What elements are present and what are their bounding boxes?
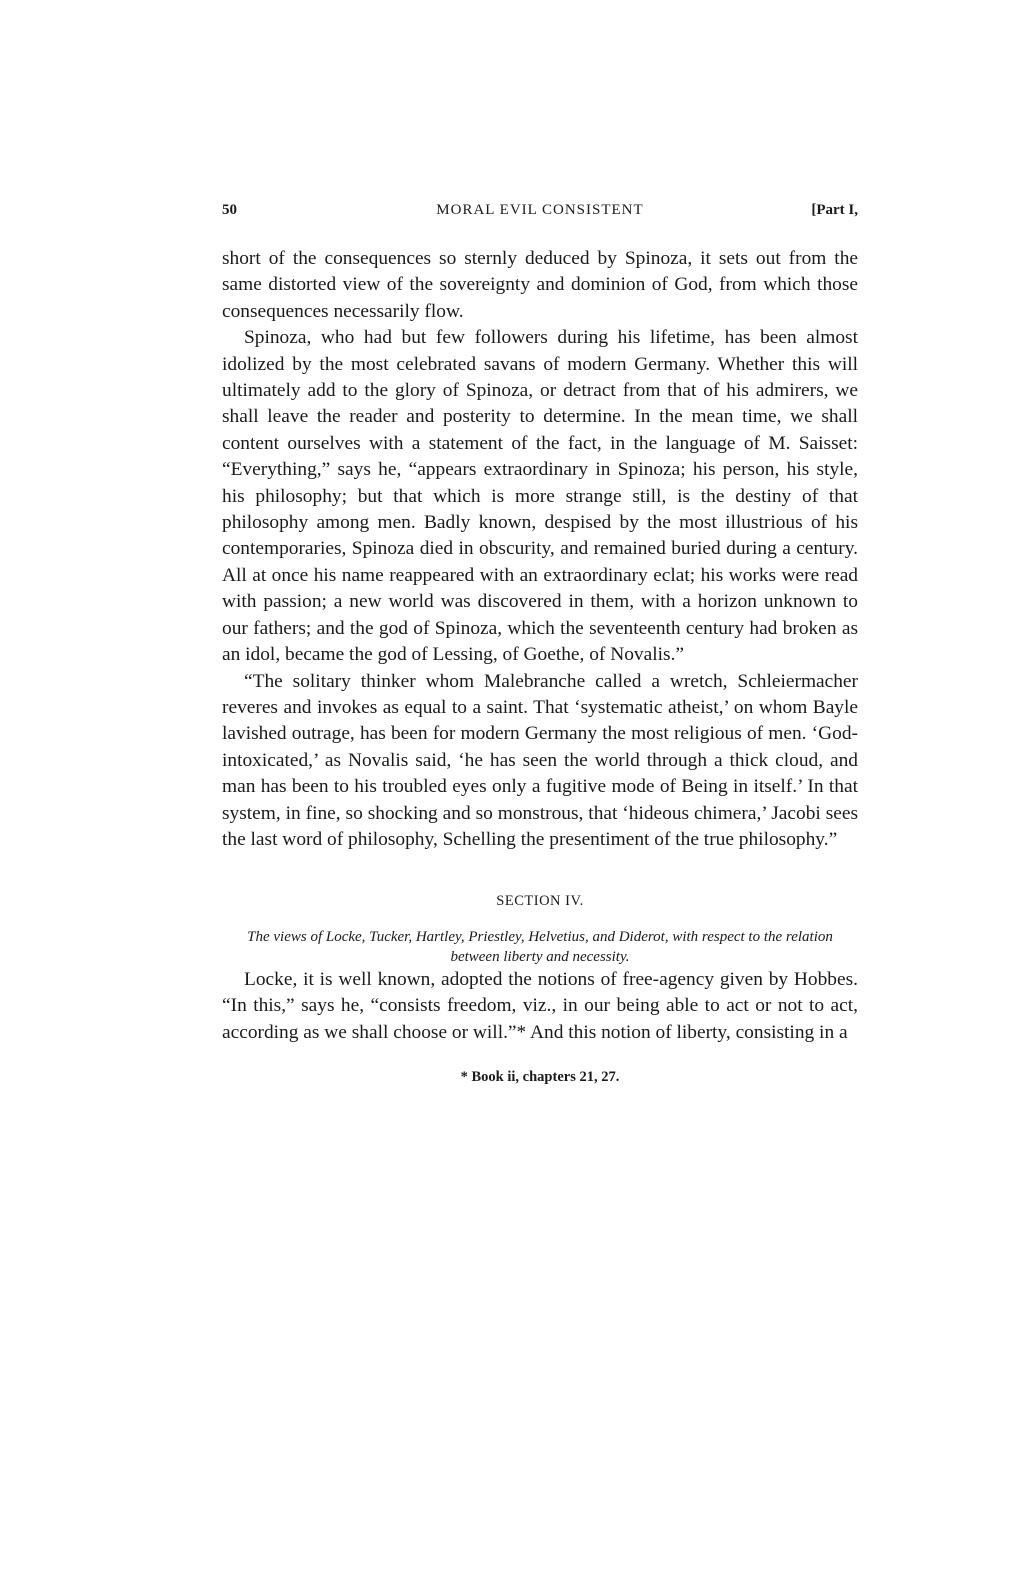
section-subtitle: The views of Locke, Tucker, Hartley, Pri… xyxy=(222,927,858,967)
footnote: * Book ii, chapters 21, 27. xyxy=(222,1064,858,1090)
body-text: short of the consequences so sternly ded… xyxy=(222,246,858,1090)
section-heading: SECTION IV. xyxy=(222,888,858,914)
running-head: 50 MORAL EVIL CONSISTENT [Part I, xyxy=(222,200,858,224)
running-title: MORAL EVIL CONSISTENT xyxy=(222,202,858,219)
book-page: 50 MORAL EVIL CONSISTENT [Part I, short … xyxy=(222,200,858,1090)
paragraph-locke: Locke, it is well known, adopted the not… xyxy=(222,967,858,1046)
paragraph-continuation: short of the consequences so sternly ded… xyxy=(222,246,858,325)
paragraph-spinoza: Spinoza, who had but few followers durin… xyxy=(222,325,858,668)
paragraph-quote: “The solitary thinker whom Malebranche c… xyxy=(222,669,858,854)
part-label: [Part I, xyxy=(811,202,858,219)
